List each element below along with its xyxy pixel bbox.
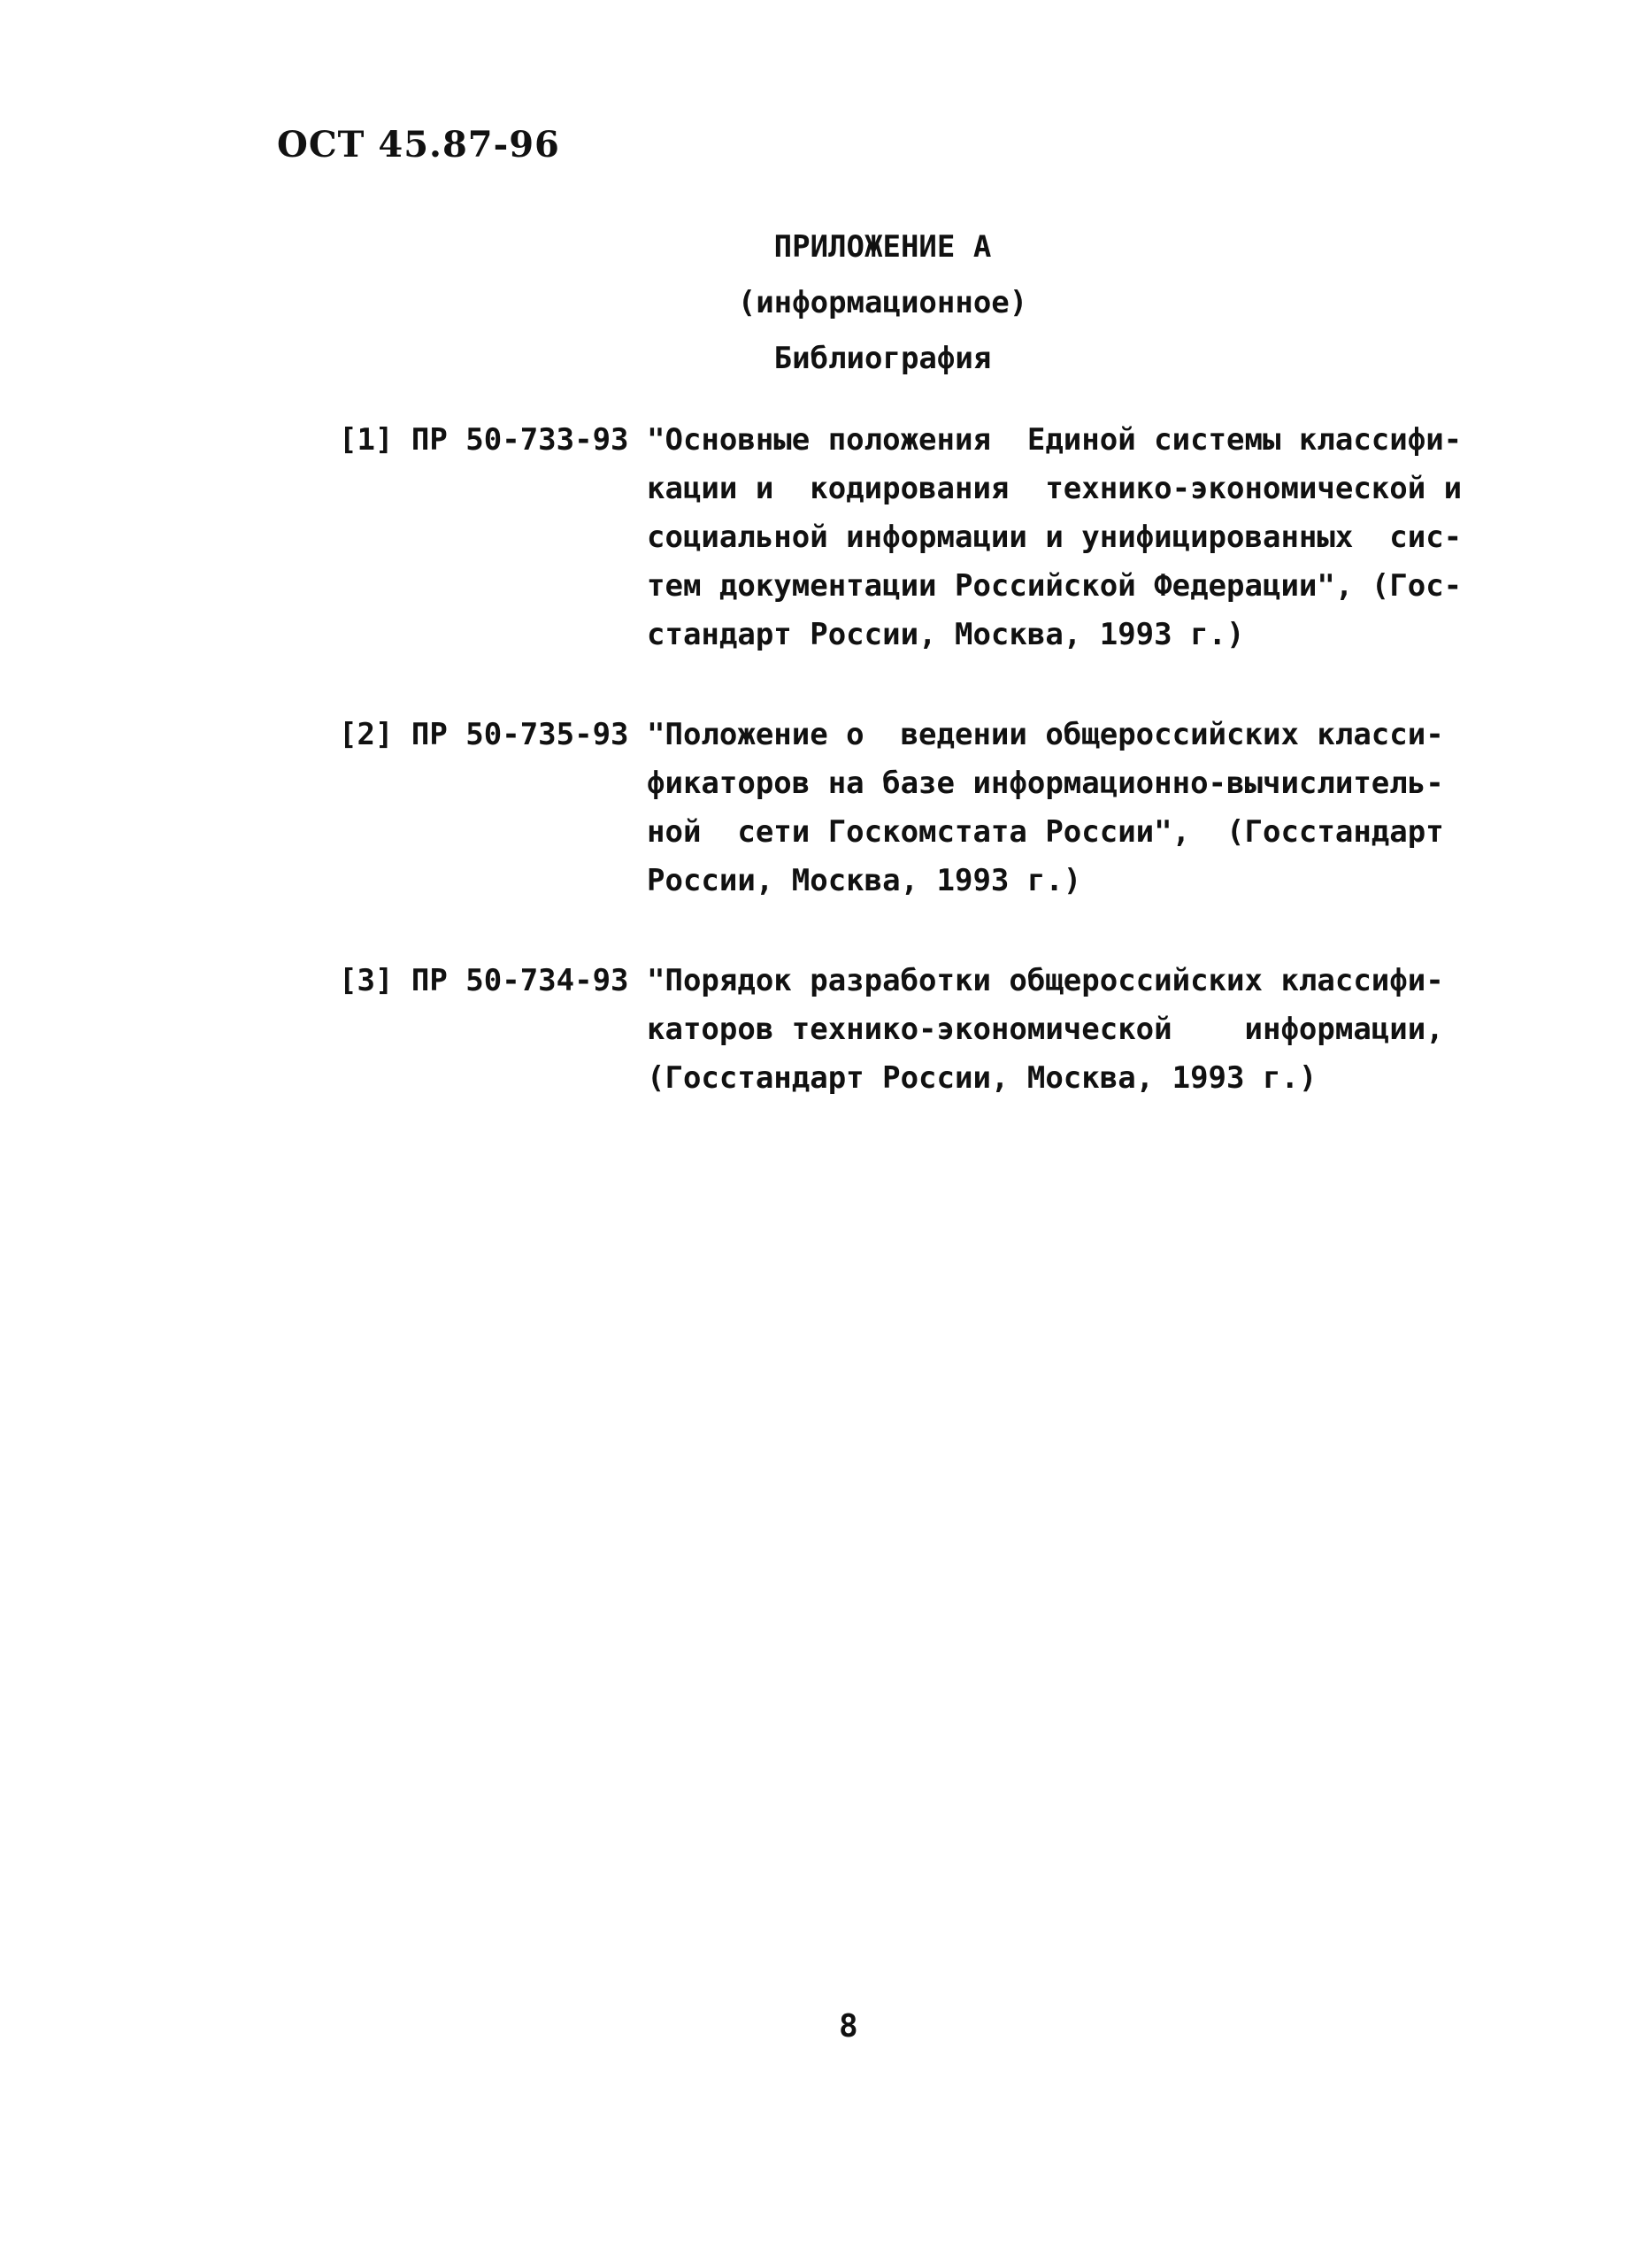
page-number: 8 (839, 2002, 858, 2051)
entry-line: России, Москва, 1993 г.) (647, 857, 1444, 905)
entry-text: "Основные положения Единой системы класс… (647, 416, 1462, 659)
entry-line: "Основные положения Единой системы класс… (647, 416, 1462, 465)
entry-line: "Порядок разработки общероссийских класс… (647, 957, 1444, 1005)
doc-code: ОСТ 45.87-96 (277, 124, 560, 166)
bibliography-list: [1] ПР 50-733-93 "Основные положения Еди… (339, 416, 1462, 1154)
entry-reference: [3] ПР 50-734-93 (339, 957, 647, 1005)
appendix-heading: Библиография (113, 335, 1652, 383)
entry-line: стандарт России, Москва, 1993 г.) (647, 611, 1462, 659)
entry-reference: [1] ПР 50-733-93 (339, 416, 647, 465)
entry-line: тем документации Российской Федерации", … (647, 562, 1462, 611)
bibliography-entry: [1] ПР 50-733-93 "Основные положения Еди… (339, 416, 1462, 659)
appendix-title: ПРИЛОЖЕНИЕ А (113, 223, 1652, 272)
entry-line: каторов технико-экономической информации… (647, 1005, 1444, 1054)
entry-text: "Порядок разработки общероссийских класс… (647, 957, 1444, 1103)
document-page: ОСТ 45.87-96 ПРИЛОЖЕНИЕ А (информационно… (0, 0, 1652, 2264)
entry-line: кации и кодирования технико-экономическо… (647, 465, 1462, 513)
entry-line: (Госстандарт России, Москва, 1993 г.) (647, 1054, 1444, 1103)
appendix-title-block: ПРИЛОЖЕНИЕ А (информационное) Библиограф… (113, 223, 1652, 383)
entry-text: "Положение о ведении общероссийских клас… (647, 711, 1444, 905)
entry-line: ной сети Госкомстата России", (Госстанда… (647, 808, 1444, 857)
entry-reference: [2] ПР 50-735-93 (339, 711, 647, 759)
entry-line: социальной информации и унифицированных … (647, 513, 1462, 562)
appendix-type: (информационное) (113, 279, 1652, 327)
entry-line: "Положение о ведении общероссийских клас… (647, 711, 1444, 759)
entry-line: фикаторов на базе информационно-вычислит… (647, 759, 1444, 808)
bibliography-entry: [3] ПР 50-734-93 "Порядок разработки общ… (339, 957, 1462, 1103)
bibliography-entry: [2] ПР 50-735-93 "Положение о ведении об… (339, 711, 1462, 905)
